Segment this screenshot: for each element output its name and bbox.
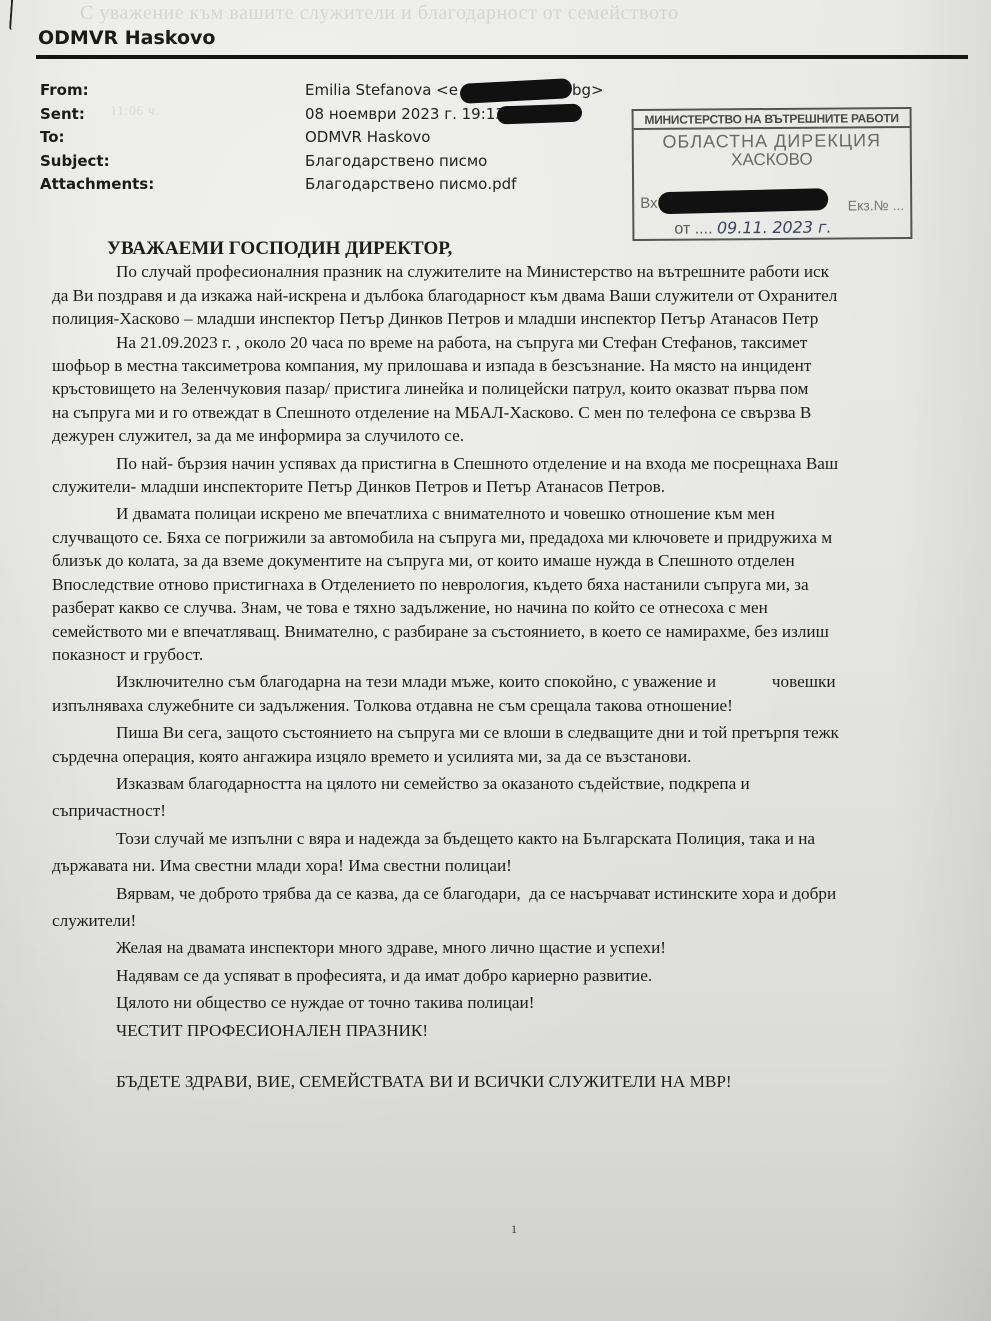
- redaction-mark: [460, 78, 573, 104]
- letter-line: да Ви поздравя и да изкажа най-искрена и…: [52, 284, 991, 307]
- letter-line: И двамата полицаи искрено ме впечатлиха …: [52, 502, 991, 525]
- bleed-through-text: С уважение към вашите служители и благод…: [80, 2, 860, 25]
- letter-line: показност и грубост.: [52, 643, 991, 666]
- stamp-incoming-label: Вх: [640, 195, 657, 212]
- letter-line: По най- бързия начин успявах да пристигн…: [52, 452, 991, 475]
- stamp-date-year: 2023 г.: [772, 218, 831, 237]
- letter-line: дежурен служител, за да ме информира за …: [52, 424, 991, 447]
- redaction-mark: [497, 104, 583, 125]
- sent-row: Sent: 08 ноември 2023 г. 19:13: [40, 103, 604, 127]
- email-metadata: From: Emilia Stefanova <ebg> Sent: 08 но…: [40, 79, 604, 197]
- closing-line: БЪДЕТЕ ЗДРАВИ, ВИЕ, СЕМЕЙСТВАТА ВИ И ВСИ…: [52, 1070, 991, 1093]
- from-value: Emilia Stefanova <ebg>: [305, 79, 604, 103]
- stamp-date-handwritten: 09.11.: [717, 218, 768, 237]
- attachments-label: Attachments:: [40, 173, 305, 197]
- stamp-date: от .... 09.11. 2023 г.: [674, 218, 831, 239]
- pen-mark: [9, 0, 17, 30]
- letter-line: на съпруга ми и го отвеждат в Спешното о…: [52, 401, 991, 424]
- letter-line: Желая на двамата инспектори много здраве…: [52, 936, 991, 959]
- sent-date: 08 ноември 2023 г. 19:13: [305, 105, 505, 123]
- letter-line: случващото се. Бяха се погрижили за авто…: [52, 526, 991, 549]
- to-label: To:: [40, 126, 305, 150]
- letter-line: На 21.09.2023 г. , около 20 часа по врем…: [52, 331, 991, 354]
- from-row: From: Emilia Stefanova <ebg>: [40, 79, 604, 103]
- letter-line: Пиша Ви сега, защото състоянието на съпр…: [52, 721, 991, 744]
- attachments-row: Attachments: Благодарствено писмо.pdf: [40, 173, 604, 197]
- letter-line: разберат какво се случва. Знам, че това …: [52, 596, 991, 619]
- subject-row: Subject: Благодарствено писмо: [40, 150, 604, 174]
- from-name: Emilia Stefanova <e: [305, 81, 458, 99]
- letter-line: Изключително съм благодарна на тези млад…: [52, 670, 991, 693]
- letter-line: полиция-Хасково – младши инспектор Петър…: [52, 307, 991, 330]
- letter-line: Цялото ни общество се нуждае от точно та…: [52, 991, 991, 1014]
- letter-line: семейството ми е впечатляващ. Внимателно…: [52, 620, 991, 643]
- sent-label: Sent:: [40, 103, 305, 127]
- letter-line: Впоследствие отново пристигнаха в Отделе…: [52, 573, 991, 596]
- letter-body: УВАЖАЕМИ ГОСПОДИН ДИРЕКТОР, По случай пр…: [52, 237, 991, 1093]
- redaction-mark: [658, 188, 828, 214]
- to-row: To: ODMVR Haskovo: [40, 126, 604, 150]
- letter-line: изпълняваха служебните си задължения. То…: [52, 694, 991, 717]
- letter-line: Този случай ме изпълни с вяра и надежда …: [52, 827, 991, 850]
- page-number: 1: [511, 1222, 517, 1237]
- letter-line: Надявам се да успяват в професията, и да…: [52, 964, 991, 987]
- attachment-file: Благодарствено писмо.pdf: [305, 173, 516, 197]
- letter-line: държавата ни. Има свестни млади хора! Им…: [52, 854, 991, 877]
- header-divider: [36, 55, 968, 59]
- letter-line: По случай професионалния празник на служ…: [52, 260, 991, 283]
- letter-line: служители!: [52, 909, 991, 932]
- from-label: From:: [40, 79, 305, 103]
- stamp-copy-label: Екз.№ ...: [848, 197, 905, 213]
- stamp-date-prefix: от ....: [674, 220, 712, 237]
- letter-line: служители- младши инспекторите Петър Дин…: [52, 475, 991, 498]
- to-value: ODMVR Haskovo: [305, 126, 430, 150]
- letter-line: Изказвам благодарността на цялото ни сем…: [52, 772, 991, 795]
- letter-line: съпричастност!: [52, 799, 991, 822]
- letter-line: шофьор в местна таксиметрова компания, м…: [52, 354, 991, 377]
- subject-label: Subject:: [40, 150, 305, 174]
- letter-line: сърдечна операция, която ангажира изцяло…: [52, 745, 991, 768]
- subject-value: Благодарствено писмо: [305, 150, 487, 174]
- from-email-tail: bg>: [572, 81, 604, 99]
- email-header-title: ODMVR Haskovo: [38, 27, 215, 49]
- sent-value: 08 ноември 2023 г. 19:13: [305, 103, 582, 127]
- stamp-ministry: Министерство на вътрешните работи: [634, 109, 910, 130]
- letter-line: Вярвам, че доброто трябва да се казва, д…: [52, 882, 991, 905]
- registration-stamp: Министерство на вътрешните работи ОБЛАСТ…: [632, 107, 913, 241]
- letter-line: близък до колата, за да вземе документит…: [52, 549, 991, 572]
- letter-line: ЧЕСТИТ ПРОФЕСИОНАЛЕН ПРАЗНИК!: [52, 1019, 991, 1042]
- letter-line: кръстовището на Зеленчуковия пазар/ прис…: [52, 377, 991, 400]
- salutation: УВАЖАЕМИ ГОСПОДИН ДИРЕКТОР,: [52, 237, 991, 260]
